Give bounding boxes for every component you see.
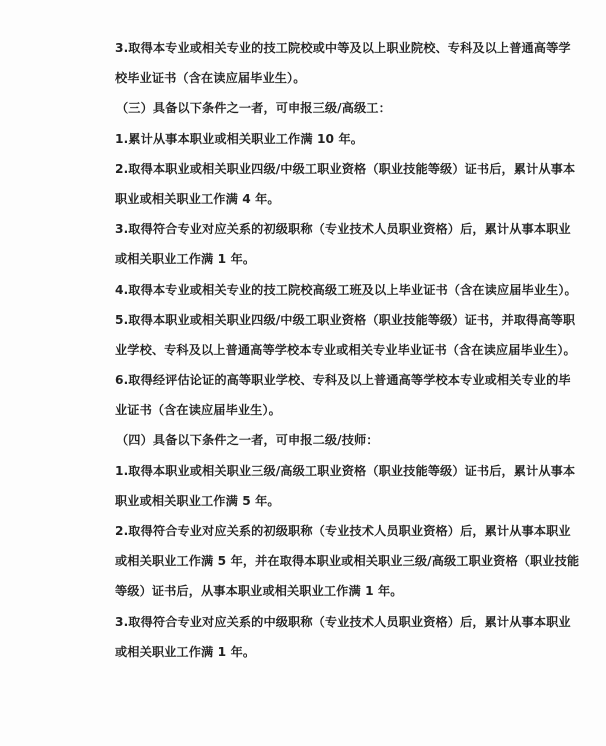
level2-item-2-line-3: 等级）证书后，从事本职业或相关职业工作满 1 年。 (115, 576, 499, 606)
item-3-line-2: 校毕业证书（含在读应届毕业生）。 (115, 63, 499, 93)
level2-item-2-line-1: 2.取得符合专业对应关系的初级职称（专业技术人员职业资格）后，累计从事本职业 (115, 516, 499, 546)
level3-item-5-line-2: 业学校、专科及以上普通高等学校本专业或相关专业毕业证书（含在读应届毕业生）。 (115, 335, 499, 365)
level3-item-3-line-2: 或相关职业工作满 1 年。 (115, 244, 499, 274)
level2-item-1-line-2: 职业或相关职业工作满 5 年。 (115, 486, 499, 516)
level3-item-3-line-1: 3.取得符合专业对应关系的初级职称（专业技术人员职业资格）后，累计从事本职业 (115, 214, 499, 244)
section-heading-level-3: （三）具备以下条件之一者，可申报三级/高级工： (115, 93, 499, 123)
level3-item-4: 4.取得本专业或相关专业的技工院校高级工班及以上毕业证书（含在读应届毕业生）。 (115, 275, 499, 305)
level3-item-2-line-1: 2.取得本职业或相关职业四级/中级工职业资格（职业技能等级）证书后，累计从事本 (115, 154, 499, 184)
level3-item-1: 1.累计从事本职业或相关职业工作满 10 年。 (115, 124, 499, 154)
item-3-line-1: 3.取得本专业或相关专业的技工院校或中等及以上职业院校、专科及以上普通高等学 (115, 33, 499, 63)
level3-item-6-line-1: 6.取得经评估论证的高等职业学校、专科及以上普通高等学校本专业或相关专业的毕 (115, 365, 499, 395)
level2-item-3-line-2: 或相关职业工作满 1 年。 (115, 637, 499, 667)
section-heading-level-2: （四）具备以下条件之一者，可申报二级/技师： (115, 425, 499, 455)
level2-item-2-line-2: 或相关职业工作满 5 年，并在取得本职业或相关职业三级/高级工职业资格（职业技能 (115, 546, 499, 576)
level3-item-2-line-2: 职业或相关职业工作满 4 年。 (115, 184, 499, 214)
level2-item-1-line-1: 1.取得本职业或相关职业三级/高级工职业资格（职业技能等级）证书后，累计从事本 (115, 456, 499, 486)
level2-item-3-line-1: 3.取得符合专业对应关系的中级职称（专业技术人员职业资格）后，累计从事本职业 (115, 607, 499, 637)
level3-item-6-line-2: 业证书（含在读应届毕业生）。 (115, 395, 499, 425)
document-body: 3.取得本专业或相关专业的技工院校或中等及以上职业院校、专科及以上普通高等学 校… (115, 33, 499, 667)
level3-item-5-line-1: 5.取得本职业或相关职业四级/中级工职业资格（职业技能等级）证书，并取得高等职 (115, 305, 499, 335)
document-page: 3.取得本专业或相关专业的技工院校或中等及以上职业院校、专科及以上普通高等学 校… (0, 0, 606, 746)
